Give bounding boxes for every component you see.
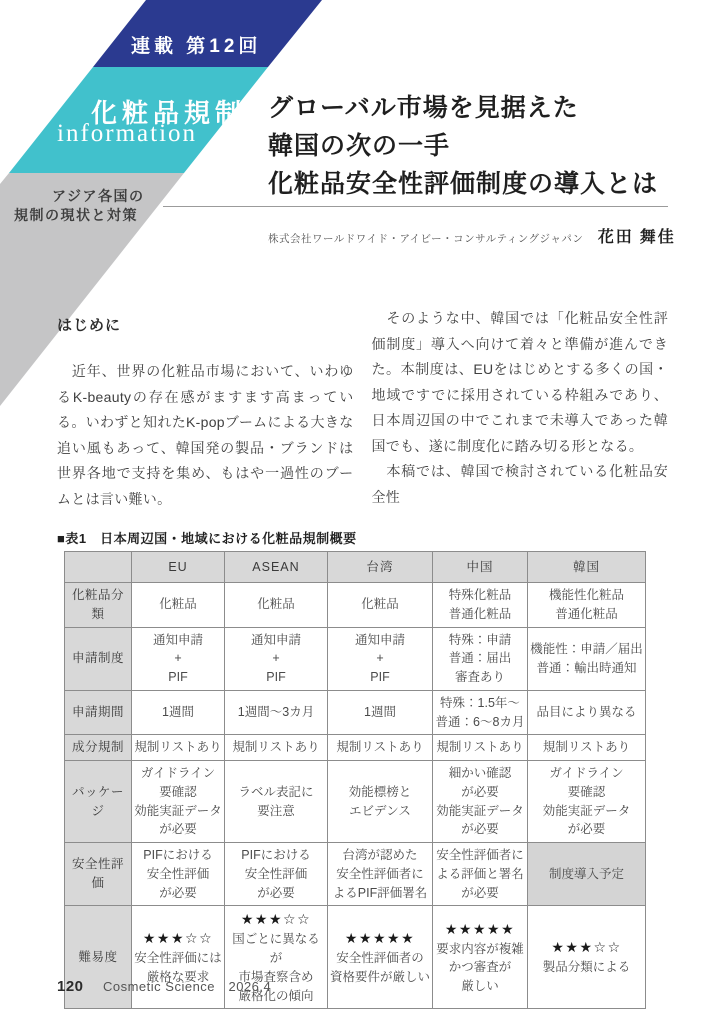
table-cell-line: 安全性評価者に bbox=[330, 865, 430, 884]
article-title-line3: 化粧品安全性評価制度の導入とは bbox=[268, 166, 658, 204]
table-cell-line: + bbox=[227, 649, 325, 668]
table-cell: 通知申請+PIF bbox=[225, 627, 328, 690]
table-col-header: 台湾 bbox=[328, 552, 433, 583]
table-cell-line: 1週間 bbox=[330, 703, 430, 722]
table-cell: 1週間 bbox=[132, 690, 225, 735]
table-row: パッケージガイドライン要確認効能実証データが必要ラベル表記に要注意効能標榜とエビ… bbox=[65, 761, 646, 843]
table-cell: 規制リストあり bbox=[433, 735, 528, 761]
table-cell-line: 化粧品 bbox=[227, 595, 325, 614]
table-cell-line: よる評価と署名 bbox=[435, 865, 525, 884]
table-cell-line: 安全性評価者に bbox=[435, 846, 525, 865]
table-cell-line: が必要 bbox=[227, 884, 325, 903]
table-cell-line: 国ごとに異なるが bbox=[227, 930, 325, 968]
body-column-right: そのような中、韓国では「化粧品安全性評価制度」導入へ向けて着々と準備が進んできた… bbox=[372, 300, 669, 512]
article-title-line1: グローバル市場を見据えた bbox=[268, 90, 658, 128]
table-row-header: 申請制度 bbox=[65, 627, 132, 690]
table-cell-line: 機能性：申請／届出 bbox=[530, 640, 643, 659]
table-cell-line: 要求内容が複雑 bbox=[435, 940, 525, 959]
table-cell-line: 普通化粧品 bbox=[435, 605, 525, 624]
table-cell-line: PIF bbox=[227, 668, 325, 687]
body-paragraph: 本稿では、韓国で検討されている化粧品安全性 bbox=[372, 459, 669, 510]
table-cell: PIFにおける安全性評価が必要 bbox=[225, 843, 328, 906]
difficulty-star-rating: ★★★☆☆ bbox=[134, 928, 222, 949]
table-cell: 規制リストあり bbox=[225, 735, 328, 761]
table-cell-line: が必要 bbox=[134, 884, 222, 903]
table-cell-line: ラベル表記に bbox=[227, 783, 325, 802]
table-cell: 1週間〜3カ月 bbox=[225, 690, 328, 735]
table-cell: 規制リストあり bbox=[528, 735, 646, 761]
body-column-left: はじめに 近年、世界の化粧品市場において、いわゆるK-beautyの存在感がます… bbox=[57, 300, 354, 512]
table-head: EUASEAN台湾中国韓国 bbox=[65, 552, 646, 583]
page-number: 120 bbox=[57, 978, 84, 995]
table-cell-line: 普通化粧品 bbox=[530, 605, 643, 624]
table-col-header: EU bbox=[132, 552, 225, 583]
table-cell: 効能標榜とエビデンス bbox=[328, 761, 433, 843]
section-heading-hajimeni: はじめに bbox=[57, 314, 354, 335]
table-cell: 化粧品 bbox=[225, 583, 328, 628]
table-row: 化粧品分類化粧品化粧品化粧品特殊化粧品普通化粧品機能性化粧品普通化粧品 bbox=[65, 583, 646, 628]
table-row: 成分規制規制リストあり規制リストあり規制リストあり規制リストあり規制リストあり bbox=[65, 735, 646, 761]
author-name: 花田 舞佳 bbox=[598, 229, 676, 246]
author-line: 株式会社ワールドワイド・アイビー・コンサルティングジャパン 花田 舞佳 bbox=[268, 224, 650, 247]
table-cell-line: 制度導入予定 bbox=[530, 865, 643, 884]
table-cell-line: ガイドライン bbox=[530, 764, 643, 783]
table-row-header: 申請期間 bbox=[65, 690, 132, 735]
table-cell-line: + bbox=[134, 649, 222, 668]
series-label: 連載 第12回 bbox=[131, 31, 261, 58]
table-cell-line: 要確認 bbox=[134, 783, 222, 802]
table-cell-line: 安全性評価者の bbox=[330, 949, 430, 968]
table-cell: 機能性化粧品普通化粧品 bbox=[528, 583, 646, 628]
table-cell-line: 資格要件が厳しい bbox=[330, 968, 430, 987]
brand-subtitle: information bbox=[57, 120, 197, 148]
table-cell-line: 特殊：1.5年〜 bbox=[435, 694, 525, 713]
article-title: グローバル市場を見据えた 韓国の次の一手 化粧品安全性評価制度の導入とは bbox=[268, 90, 658, 204]
table-cell-line: 効能実証データ bbox=[134, 802, 222, 821]
table-cell-line: 規制リストあり bbox=[227, 738, 325, 757]
table-cell: 通知申請+PIF bbox=[328, 627, 433, 690]
table-cell-line: 特殊：申請 bbox=[435, 631, 525, 650]
journal-name: Cosmetic Science bbox=[103, 979, 215, 994]
table-cell-line: 普通：輸出時通知 bbox=[530, 659, 643, 678]
table-cell-line: PIFにおける bbox=[227, 846, 325, 865]
difficulty-star-rating: ★★★☆☆ bbox=[227, 909, 325, 930]
table-cell-line: 細かい確認 bbox=[435, 764, 525, 783]
body-paragraph: 近年、世界の化粧品市場において、いわゆるK-beautyの存在感がますます高まっ… bbox=[57, 359, 354, 512]
table-cell-line: ガイドライン bbox=[134, 764, 222, 783]
table-cell-line: 審査あり bbox=[435, 668, 525, 687]
table-cell: ガイドライン要確認効能実証データが必要 bbox=[132, 761, 225, 843]
table-row-header: パッケージ bbox=[65, 761, 132, 843]
table-cell-line: が必要 bbox=[435, 783, 525, 802]
table-cell-line: 効能実証データ bbox=[530, 802, 643, 821]
table-cell-line: 機能性化粧品 bbox=[530, 586, 643, 605]
table-cell-line: 安全性評価 bbox=[227, 865, 325, 884]
table-row: 申請期間1週間1週間〜3カ月1週間特殊：1.5年〜普通：6〜8カ月品目により異な… bbox=[65, 690, 646, 735]
brand-tagline-line1: アジア各国の bbox=[52, 186, 144, 206]
table-body: 化粧品分類化粧品化粧品化粧品特殊化粧品普通化粧品機能性化粧品普通化粧品申請制度通… bbox=[65, 583, 646, 1009]
table-cell: PIFにおける安全性評価が必要 bbox=[132, 843, 225, 906]
table-cell: 1週間 bbox=[328, 690, 433, 735]
title-divider-rule bbox=[163, 206, 668, 207]
table-cell-line: エビデンス bbox=[330, 802, 430, 821]
table-cell-line: が必要 bbox=[435, 884, 525, 903]
table-cell: ★★★★★安全性評価者の資格要件が厳しい bbox=[328, 906, 433, 1009]
table-cell-line: 通知申請 bbox=[134, 631, 222, 650]
table-cell-line: + bbox=[330, 649, 430, 668]
table-cell-line: かつ審査が bbox=[435, 958, 525, 977]
table-cell: 台湾が認めた安全性評価者によるPIF評価署名 bbox=[328, 843, 433, 906]
table-cell-line: PIF bbox=[134, 668, 222, 687]
table-cell-line: 台湾が認めた bbox=[330, 846, 430, 865]
article-body: はじめに 近年、世界の化粧品市場において、いわゆるK-beautyの存在感がます… bbox=[57, 300, 668, 512]
table-cell-line: 化粧品 bbox=[134, 595, 222, 614]
table-col-header: ASEAN bbox=[225, 552, 328, 583]
table-cell: 機能性：申請／届出普通：輸出時通知 bbox=[528, 627, 646, 690]
table-cell-line: よるPIF評価署名 bbox=[330, 884, 430, 903]
table-cell-line: 製品分類による bbox=[530, 958, 643, 977]
table-cell-line: 1週間 bbox=[134, 703, 222, 722]
table-row-header: 化粧品分類 bbox=[65, 583, 132, 628]
table-cell-line: 安全性評価 bbox=[134, 865, 222, 884]
table-cell: 化粧品 bbox=[328, 583, 433, 628]
table-cell-line: 品目により異なる bbox=[530, 703, 643, 722]
table-cell: ガイドライン要確認効能実証データが必要 bbox=[528, 761, 646, 843]
table-corner-cell bbox=[65, 552, 132, 583]
table-cell: 制度導入予定 bbox=[528, 843, 646, 906]
table-cell: ★★★★★要求内容が複雑かつ審査が厳しい bbox=[433, 906, 528, 1009]
magazine-page: 連載 第12回 化粧品規制 information アジア各国の 規制の現状と対… bbox=[0, 0, 725, 1024]
table-cell-line: 安全性評価には bbox=[134, 949, 222, 968]
table-cell-line: 要注意 bbox=[227, 802, 325, 821]
table-cell-line: 効能実証データ bbox=[435, 802, 525, 821]
table-row: 申請制度通知申請+PIF通知申請+PIF通知申請+PIF特殊：申請普通：届出審査… bbox=[65, 627, 646, 690]
table-row: 安全性評価PIFにおける安全性評価が必要PIFにおける安全性評価が必要台湾が認め… bbox=[65, 843, 646, 906]
table-cell: 規制リストあり bbox=[132, 735, 225, 761]
table-cell-line: PIFにおける bbox=[134, 846, 222, 865]
table-cell-line: が必要 bbox=[435, 820, 525, 839]
table-cell-line: 化粧品 bbox=[330, 595, 430, 614]
brand-tagline-line2: 規制の現状と対策 bbox=[14, 205, 138, 225]
table-header-row: EUASEAN台湾中国韓国 bbox=[65, 552, 646, 583]
table-cell: ラベル表記に要注意 bbox=[225, 761, 328, 843]
table-cell: 特殊化粧品普通化粧品 bbox=[433, 583, 528, 628]
table-cell-line: 厳しい bbox=[435, 977, 525, 996]
issue-date: 2026.4 bbox=[228, 979, 271, 994]
difficulty-star-rating: ★★★☆☆ bbox=[530, 937, 643, 958]
table-row-header: 安全性評価 bbox=[65, 843, 132, 906]
table-cell-line: 規制リストあり bbox=[435, 738, 525, 757]
table-cell: 規制リストあり bbox=[328, 735, 433, 761]
table-cell-line: 規制リストあり bbox=[134, 738, 222, 757]
table-cell-line: が必要 bbox=[134, 820, 222, 839]
table-cell-line: 要確認 bbox=[530, 783, 643, 802]
table-cell: 通知申請+PIF bbox=[132, 627, 225, 690]
table-cell-line: 効能標榜と bbox=[330, 783, 430, 802]
table-cell: 特殊：1.5年〜普通：6〜8カ月 bbox=[433, 690, 528, 735]
table-cell-line: 規制リストあり bbox=[530, 738, 643, 757]
author-affiliation: 株式会社ワールドワイド・アイビー・コンサルティングジャパン bbox=[268, 233, 583, 245]
table-cell: 特殊：申請普通：届出審査あり bbox=[433, 627, 528, 690]
regulation-overview-table: EUASEAN台湾中国韓国 化粧品分類化粧品化粧品化粧品特殊化粧品普通化粧品機能… bbox=[64, 551, 646, 1009]
difficulty-star-rating: ★★★★★ bbox=[330, 928, 430, 949]
table-cell-line: 通知申請 bbox=[330, 631, 430, 650]
table-col-header: 韓国 bbox=[528, 552, 646, 583]
table-cell-line: 通知申請 bbox=[227, 631, 325, 650]
table-cell-line: 特殊化粧品 bbox=[435, 586, 525, 605]
table-row-header: 成分規制 bbox=[65, 735, 132, 761]
table-cell: 細かい確認が必要効能実証データが必要 bbox=[433, 761, 528, 843]
table-cell-line: 普通：届出 bbox=[435, 649, 525, 668]
table-cell-line: 普通：6〜8カ月 bbox=[435, 713, 525, 732]
table1-caption: ■表1 日本周辺国・地域における化粧品規制概要 bbox=[57, 528, 357, 547]
table-cell-line: が必要 bbox=[530, 820, 643, 839]
table-cell-line: PIF bbox=[330, 668, 430, 687]
table-cell: ★★★☆☆製品分類による bbox=[528, 906, 646, 1009]
page-footer: 120 Cosmetic Science 2026.4 bbox=[57, 978, 271, 996]
table-col-header: 中国 bbox=[433, 552, 528, 583]
table-cell: 品目により異なる bbox=[528, 690, 646, 735]
difficulty-star-rating: ★★★★★ bbox=[435, 919, 525, 940]
table-cell-line: 1週間〜3カ月 bbox=[227, 703, 325, 722]
table-cell: 化粧品 bbox=[132, 583, 225, 628]
body-paragraph: そのような中、韓国では「化粧品安全性評価制度」導入へ向けて着々と準備が進んできた… bbox=[372, 306, 669, 459]
table-cell-line: 規制リストあり bbox=[330, 738, 430, 757]
table-cell: 安全性評価者による評価と署名が必要 bbox=[433, 843, 528, 906]
article-title-line2: 韓国の次の一手 bbox=[268, 128, 658, 166]
